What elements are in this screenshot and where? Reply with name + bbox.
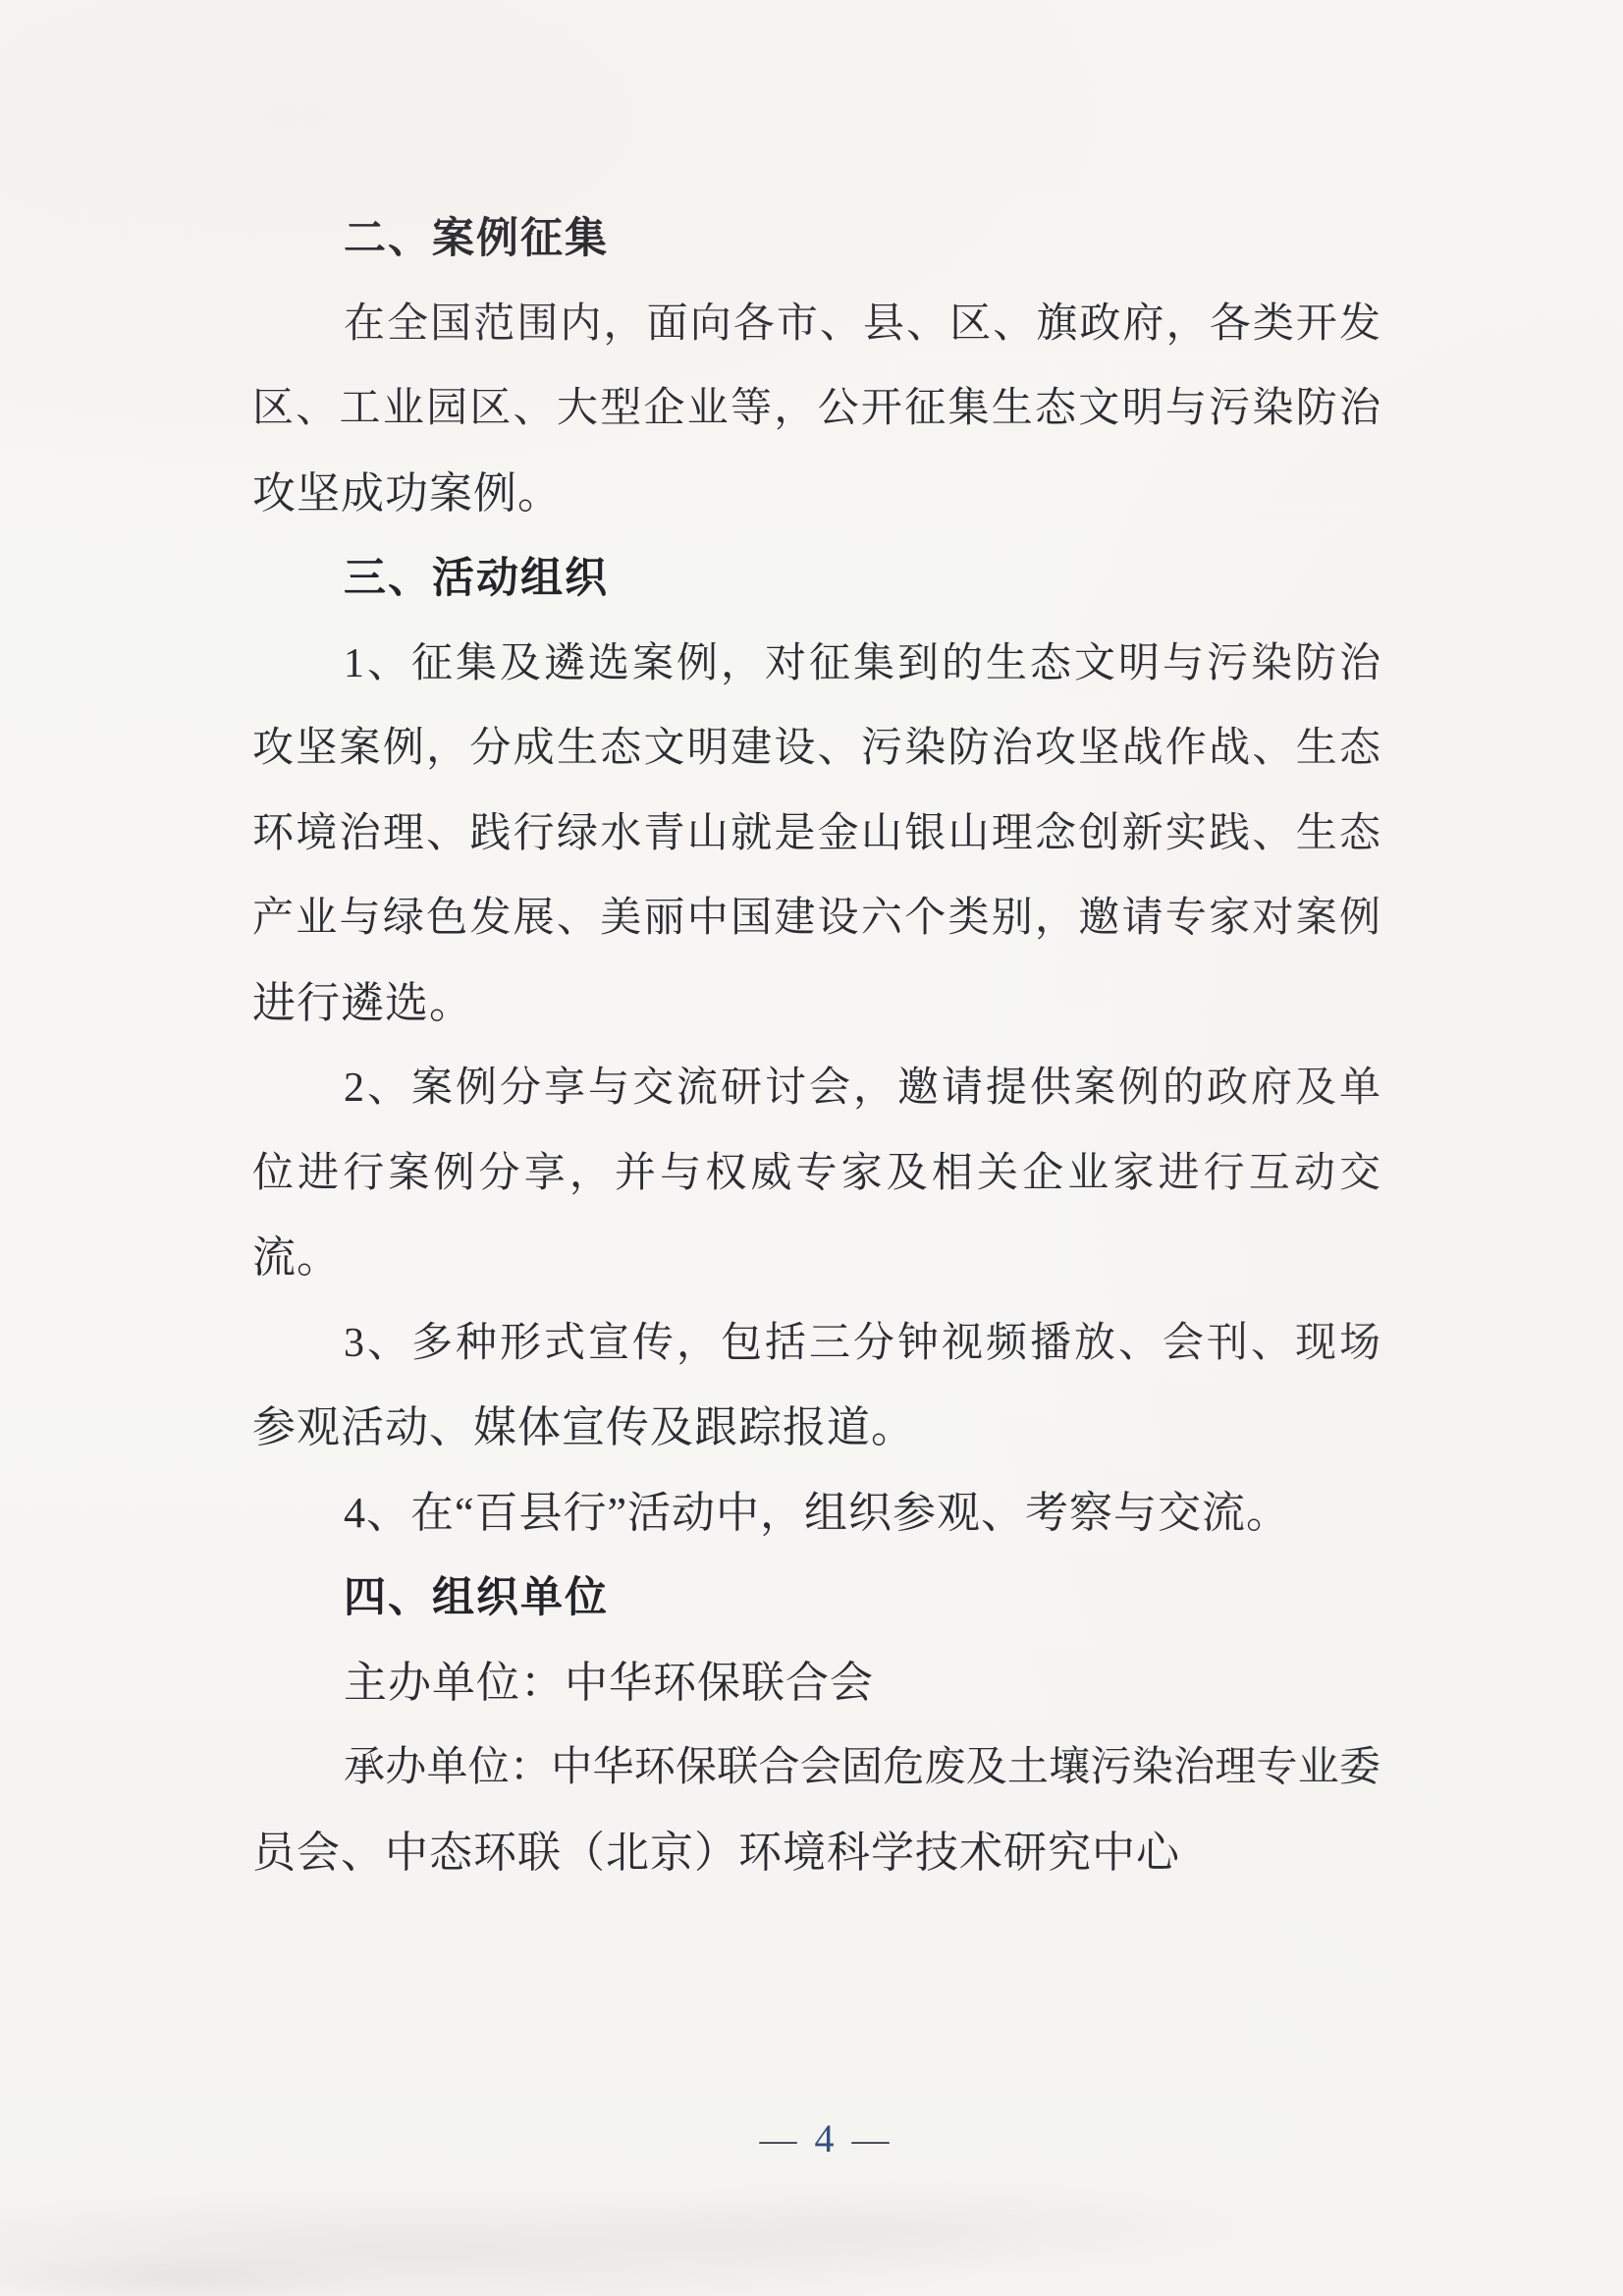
paragraph-line: 员会、中态环联（北京）环境科学技术研究中心 <box>252 1811 1380 1896</box>
paragraph-line: 位进行案例分享，并与权威专家及相关企业家进行互动交 <box>252 1131 1380 1217</box>
paragraph-line-host-unit: 主办单位：中华环保联合会 <box>252 1641 1380 1726</box>
section-heading-organizing-units: 四、组织单位 <box>252 1556 1380 1641</box>
paragraph-line: 攻坚成功案例。 <box>252 452 1380 537</box>
paragraph-line: 产业与绿色发展、美丽中国建设六个类别，邀请专家对案例 <box>252 876 1380 961</box>
page-footer: —4— <box>0 2104 1623 2174</box>
paragraph-line: 4、在“百县行”活动中，组织参观、考察与交流。 <box>252 1471 1380 1557</box>
paragraph-line: 进行遴选。 <box>252 961 1380 1047</box>
document-body: 二、案例征集 在全国范围内，面向各市、县、区、旗政府，各类开发 区、工业园区、大… <box>252 196 1380 1895</box>
section-heading-activity-organization: 三、活动组织 <box>252 536 1380 622</box>
paragraph-line: 流。 <box>252 1216 1380 1301</box>
paragraph-line: 1、征集及遴选案例，对征集到的生态文明与污染防治 <box>252 622 1380 707</box>
section-heading-case-collection: 二、案例征集 <box>252 196 1380 282</box>
paragraph-line: 2、案例分享与交流研讨会，邀请提供案例的政府及单 <box>252 1046 1380 1131</box>
page-number-dash-left: — <box>760 2119 797 2160</box>
page-number: 4 <box>815 2104 835 2174</box>
scanned-document-page: 二、案例征集 在全国范围内，面向各市、县、区、旗政府，各类开发 区、工业园区、大… <box>0 0 1623 2296</box>
paragraph-line-organizer-unit: 承办单位：中华环保联合会固危废及土壤污染治理专业委 <box>252 1725 1380 1811</box>
paragraph-line: 在全国范围内，面向各市、县、区、旗政府，各类开发 <box>252 282 1380 367</box>
paragraph-line: 环境治理、践行绿水青山就是金山银山理念创新实践、生态 <box>252 792 1380 877</box>
page-number-dash-right: — <box>852 2119 890 2160</box>
paragraph-line: 区、工业园区、大型企业等，公开征集生态文明与污染防治 <box>252 366 1380 452</box>
paragraph-line: 3、多种形式宣传，包括三分钟视频播放、会刊、现场 <box>252 1301 1380 1387</box>
paragraph-line: 参观活动、媒体宣传及跟踪报道。 <box>252 1386 1380 1471</box>
paragraph-line: 攻坚案例，分成生态文明建设、污染防治攻坚战作战、生态 <box>252 706 1380 792</box>
